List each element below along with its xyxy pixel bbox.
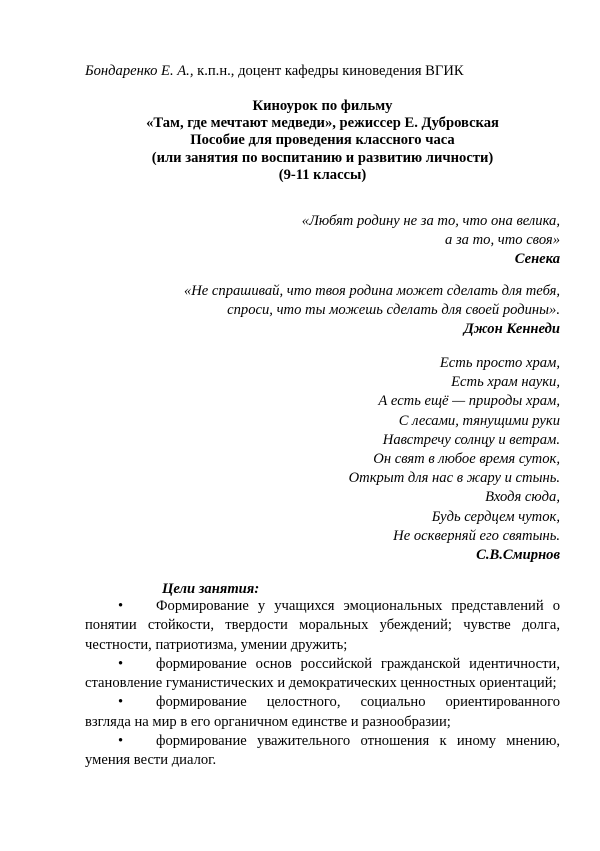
poem-line: Он свят в любое время суток, <box>349 450 560 469</box>
bullet-icon: • <box>118 732 156 751</box>
poem-line: Навстречу солнцу и ветрам. <box>349 431 560 450</box>
poem-epigraph: Есть просто храм, Есть храм науки, А ест… <box>349 354 560 565</box>
poem-line: Не оскверняй его святынь. <box>349 527 560 546</box>
author-name: Бондаренко Е. А., <box>85 63 193 79</box>
goal-text: формирование основ российской гражданско… <box>85 656 560 691</box>
title-line: Киноурок по фильму <box>85 98 560 115</box>
epigraph-line: спроси, что ты можешь сделать для своей … <box>184 301 560 320</box>
bullet-icon: • <box>118 655 156 674</box>
epigraph-line: «Не спрашивай, что твоя родина может сде… <box>184 282 560 301</box>
author-line: Бондаренко Е. А., к.п.н., доцент кафедры… <box>85 62 464 80</box>
title-line: Пособие для проведения классного часа <box>85 132 560 149</box>
author-credentials: к.п.н., доцент кафедры киноведения ВГИК <box>193 63 463 79</box>
goals-list: •Формирование у учащихся эмоциональных п… <box>85 597 560 771</box>
bullet-icon: • <box>118 597 156 616</box>
epigraph-seneca: «Любят родину не за то, что она велика, … <box>302 212 560 269</box>
poem-line: Будь сердцем чуток, <box>349 508 560 527</box>
epigraph-author: Джон Кеннеди <box>184 320 560 339</box>
goals-heading: Цели занятия: <box>162 580 259 598</box>
goal-text: формирование целостного, социально ориен… <box>85 694 560 729</box>
epigraph-author: Сенека <box>302 250 560 269</box>
document-title: Киноурок по фильму «Там, где мечтают мед… <box>85 98 560 184</box>
goal-item: •формирование основ российской гражданск… <box>85 655 560 694</box>
poem-line: Открыт для нас в жару и стынь. <box>349 469 560 488</box>
poem-line: А есть ещё — природы храм, <box>349 392 560 411</box>
bullet-icon: • <box>118 693 156 712</box>
goal-text: Формирование у учащихся эмоциональных пр… <box>85 598 560 653</box>
poem-line: Входя сюда, <box>349 488 560 507</box>
goal-text: формирование уважительного отношения к и… <box>85 733 560 768</box>
epigraph-kennedy: «Не спрашивай, что твоя родина может сде… <box>184 282 560 339</box>
poem-line: С лесами, тянущими руки <box>349 412 560 431</box>
goal-item: •формирование уважительного отношения к … <box>85 732 560 771</box>
title-line: (или занятия по воспитанию и развитию ли… <box>85 150 560 167</box>
poem-author: С.В.Смирнов <box>349 546 560 565</box>
epigraph-line: а за то, что своя» <box>302 231 560 250</box>
goal-item: •формирование целостного, социально орие… <box>85 693 560 732</box>
poem-line: Есть просто храм, <box>349 354 560 373</box>
title-line: «Там, где мечтают медведи», режиссер Е. … <box>85 115 560 132</box>
document-page: Бондаренко Е. А., к.п.н., доцент кафедры… <box>0 0 600 851</box>
epigraph-line: «Любят родину не за то, что она велика, <box>302 212 560 231</box>
poem-line: Есть храм науки, <box>349 373 560 392</box>
goal-item: •Формирование у учащихся эмоциональных п… <box>85 597 560 655</box>
title-line: (9-11 классы) <box>85 167 560 184</box>
